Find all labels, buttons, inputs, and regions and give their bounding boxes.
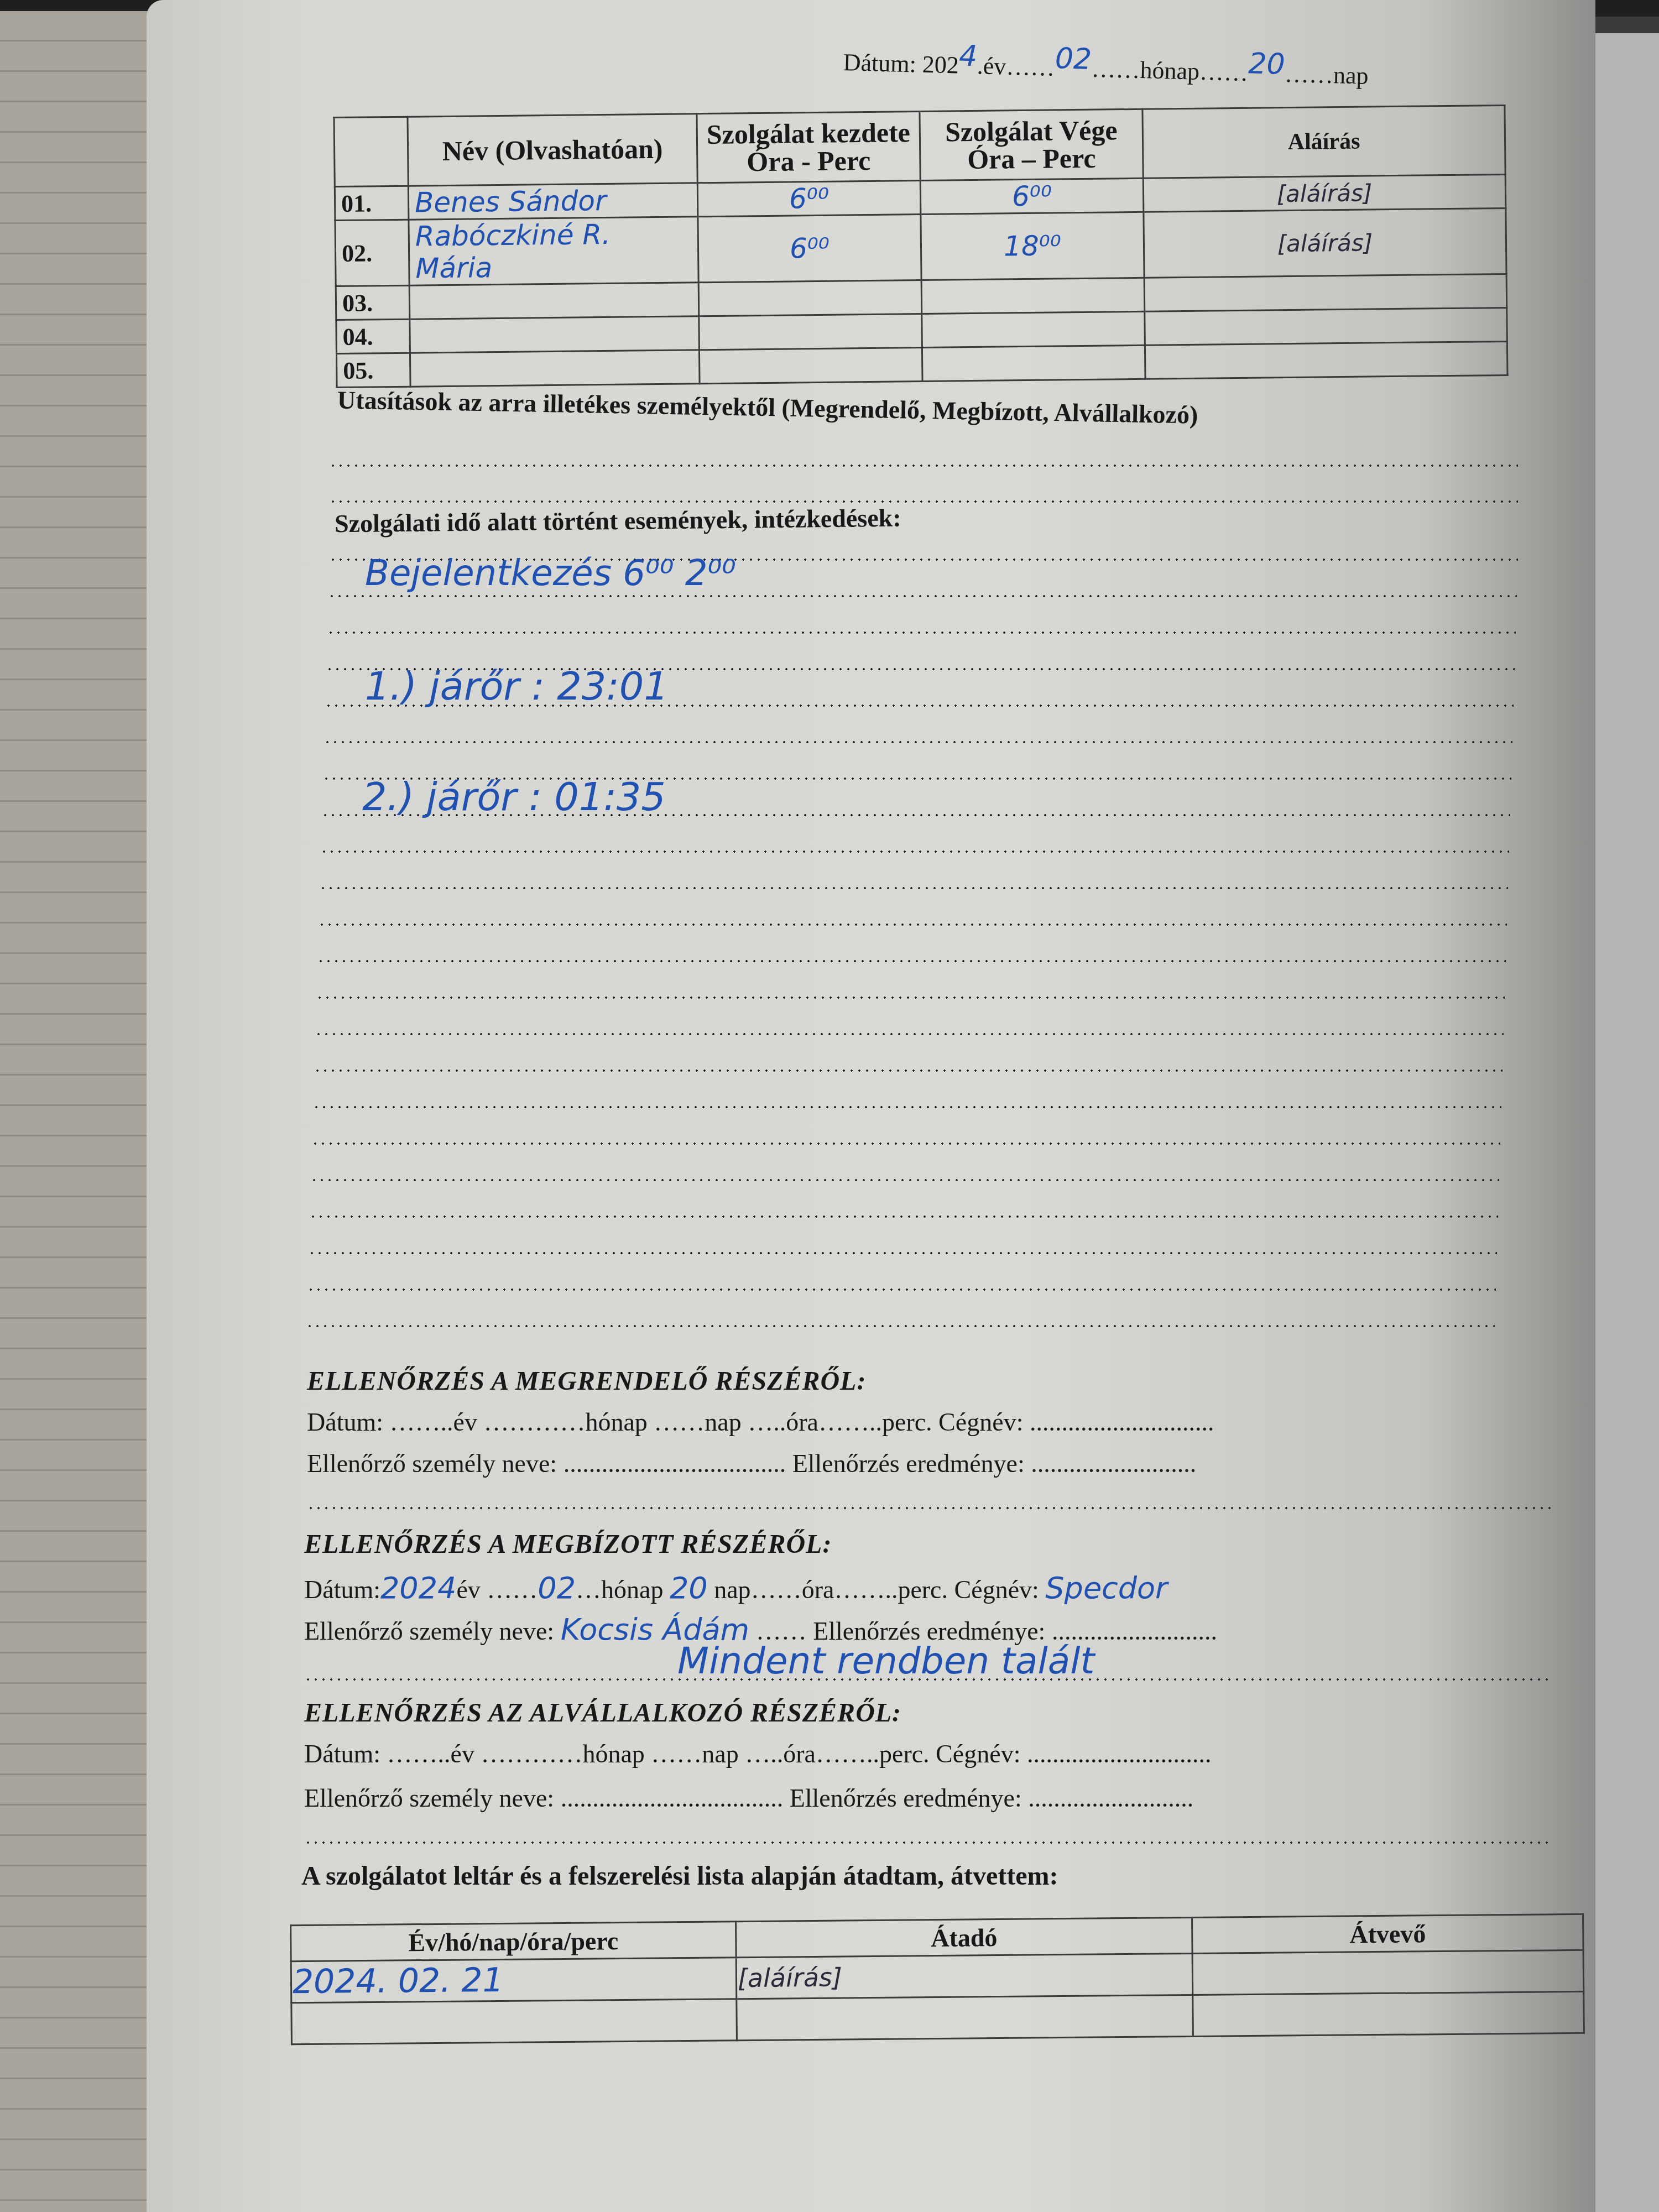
date-label: Dátum: 202 — [843, 49, 959, 79]
row-end-time[interactable] — [922, 311, 1145, 347]
row-start-time[interactable]: 6⁰⁰ — [697, 181, 921, 217]
event-writing-line[interactable] — [311, 1142, 1500, 1145]
row-name[interactable] — [410, 350, 700, 387]
row-signature[interactable] — [1145, 341, 1507, 379]
row-name[interactable] — [410, 316, 700, 353]
event-writing-line[interactable] — [314, 1070, 1503, 1072]
handover-col-receiver: Átvevő — [1192, 1914, 1584, 1953]
row-start-time[interactable] — [698, 280, 922, 316]
instructions-line-2[interactable] — [329, 500, 1518, 503]
handover-col-giver: Átadó — [736, 1917, 1193, 1957]
events-title: Szolgálati idő alatt történt események, … — [335, 503, 901, 539]
event-writing-line[interactable] — [317, 960, 1506, 962]
event-writing-line[interactable] — [307, 1288, 1496, 1291]
handover-datetime[interactable] — [291, 1999, 737, 2044]
event-writing-line[interactable] — [306, 1325, 1495, 1327]
month-value: 02 — [1055, 42, 1092, 76]
check-agent-title: ELLENŐRZÉS A MEGBÍZOTT RÉSZÉRŐL: — [304, 1529, 832, 1559]
check-agent-extra-line[interactable] — [304, 1678, 1548, 1681]
row-signature[interactable] — [1144, 274, 1507, 311]
event-writing-line[interactable] — [312, 1106, 1501, 1108]
check-client-title: ELLENŐRZÉS A MEGRENDELŐ RÉSZÉRŐL: — [307, 1366, 866, 1396]
check-agent-date-line[interactable]: Dátum:2024év ……02…hónap 20 nap……óra……..p… — [304, 1571, 1167, 1605]
col-number — [334, 117, 408, 186]
check-client-extra-line[interactable] — [307, 1507, 1551, 1509]
handover-giver-signature[interactable] — [737, 1995, 1193, 2040]
check-agent-month: 02 — [538, 1571, 576, 1605]
day-label: nap — [1333, 61, 1369, 90]
instructions-title: Utasítások az arra illetékes személyektő… — [337, 385, 1198, 429]
row-end-time[interactable]: 18⁰⁰ — [921, 212, 1144, 280]
row-start-time[interactable] — [699, 347, 922, 383]
check-client-date-line[interactable]: Dátum: ……..év …………hónap ……nap …..óra……..… — [307, 1407, 1214, 1437]
row-number: 02. — [335, 220, 409, 286]
event-entry-2: 1.) járőr : 23:01 — [365, 664, 669, 709]
event-writing-line[interactable] — [320, 851, 1509, 853]
event-entry-1: Bejelentkezés 6⁰⁰ 2⁰⁰ — [365, 553, 736, 594]
event-writing-line[interactable] — [316, 997, 1505, 999]
row-number: 03. — [336, 285, 410, 320]
row-number: 04. — [336, 319, 410, 353]
col-name: Név (Olvashatóan) — [408, 114, 697, 186]
col-end: Szolgálat Vége Óra – Perc — [920, 109, 1143, 180]
check-subcontractor-person-line[interactable]: Ellenőrző személy neve: ................… — [304, 1783, 1193, 1813]
row-signature[interactable]: [aláírás] — [1144, 208, 1506, 278]
month-label: hónap — [1140, 56, 1200, 85]
year-suffix: .év — [977, 52, 1006, 80]
instructions-line-1[interactable] — [329, 465, 1518, 467]
check-subcontractor-title: ELLENŐRZÉS AZ ALVÁLLALKOZÓ RÉSZÉRŐL: — [304, 1698, 901, 1728]
event-writing-line[interactable] — [319, 887, 1508, 889]
col-signature: Aláírás — [1142, 105, 1505, 178]
year-digit: 4 — [958, 39, 978, 73]
event-writing-line[interactable] — [310, 1179, 1499, 1181]
row-name[interactable]: Rabóczkiné R. Mária — [409, 217, 698, 285]
shift-table-header: Név (Olvashatóan) Szolgálat kezdete Óra … — [334, 105, 1505, 186]
logbook-page: Dátum: 2024.év……02……hónap……20……nap Név (… — [147, 0, 1595, 2212]
row-number: 05. — [336, 353, 410, 387]
row-end-time[interactable] — [921, 278, 1145, 314]
check-client-person-line[interactable]: Ellenőrző személy neve: ................… — [307, 1449, 1196, 1478]
adjacent-notebook-page — [0, 11, 155, 2212]
handover-receiver-signature[interactable] — [1193, 1991, 1584, 2036]
check-agent-year: 2024 — [380, 1571, 456, 1605]
shift-table-row: 02.Rabóczkiné R. Mária6⁰⁰18⁰⁰[aláírás] — [335, 208, 1506, 286]
check-agent-company: Specdor — [1045, 1571, 1167, 1605]
check-subcontractor-date-line[interactable]: Dátum: ……..év …………hónap ……nap …..óra……..… — [304, 1739, 1211, 1768]
event-writing-line[interactable] — [327, 632, 1516, 634]
shift-table: Név (Olvashatóan) Szolgálat kezdete Óra … — [333, 105, 1508, 388]
row-name[interactable]: Benes Sándor — [408, 183, 698, 220]
check-agent-result: Mindent rendben talált — [677, 1640, 1094, 1682]
event-writing-line[interactable] — [328, 595, 1517, 597]
handover-giver-signature[interactable]: [aláírás] — [736, 1953, 1193, 1999]
handover-datetime[interactable]: 2024. 02. 21 — [291, 1958, 737, 2003]
event-writing-line[interactable] — [309, 1215, 1498, 1218]
handover-title: A szolgálatot leltár és a felszerelési l… — [301, 1861, 1058, 1891]
row-start-time[interactable] — [699, 314, 922, 349]
handover-table: Év/hó/nap/óra/perc Átadó Átvevő 2024. 02… — [290, 1913, 1585, 2045]
event-writing-line[interactable] — [308, 1252, 1497, 1254]
row-name[interactable] — [409, 283, 699, 319]
row-signature[interactable]: [aláírás] — [1143, 174, 1506, 212]
handover-receiver-signature[interactable] — [1192, 1950, 1584, 1995]
row-start-time[interactable]: 6⁰⁰ — [698, 214, 921, 282]
event-writing-line[interactable] — [315, 1033, 1504, 1035]
header-date: Dátum: 2024.év……02……hónap……20……nap — [843, 44, 1369, 91]
col-start: Szolgálat kezdete Óra - Perc — [697, 112, 920, 183]
day-value: 20 — [1248, 47, 1286, 81]
row-number: 01. — [335, 186, 409, 220]
row-signature[interactable] — [1145, 307, 1507, 345]
check-subcontractor-extra-line[interactable] — [304, 1841, 1548, 1844]
check-agent-day: 20 — [670, 1571, 708, 1605]
event-entry-3: 2.) járőr : 01:35 — [362, 774, 666, 820]
handover-col-datetime: Év/hó/nap/óra/perc — [291, 1922, 737, 1961]
event-writing-line[interactable] — [324, 741, 1512, 743]
row-end-time[interactable]: 6⁰⁰ — [920, 178, 1144, 214]
row-end-time[interactable] — [922, 345, 1145, 381]
event-writing-line[interactable] — [318, 924, 1507, 926]
